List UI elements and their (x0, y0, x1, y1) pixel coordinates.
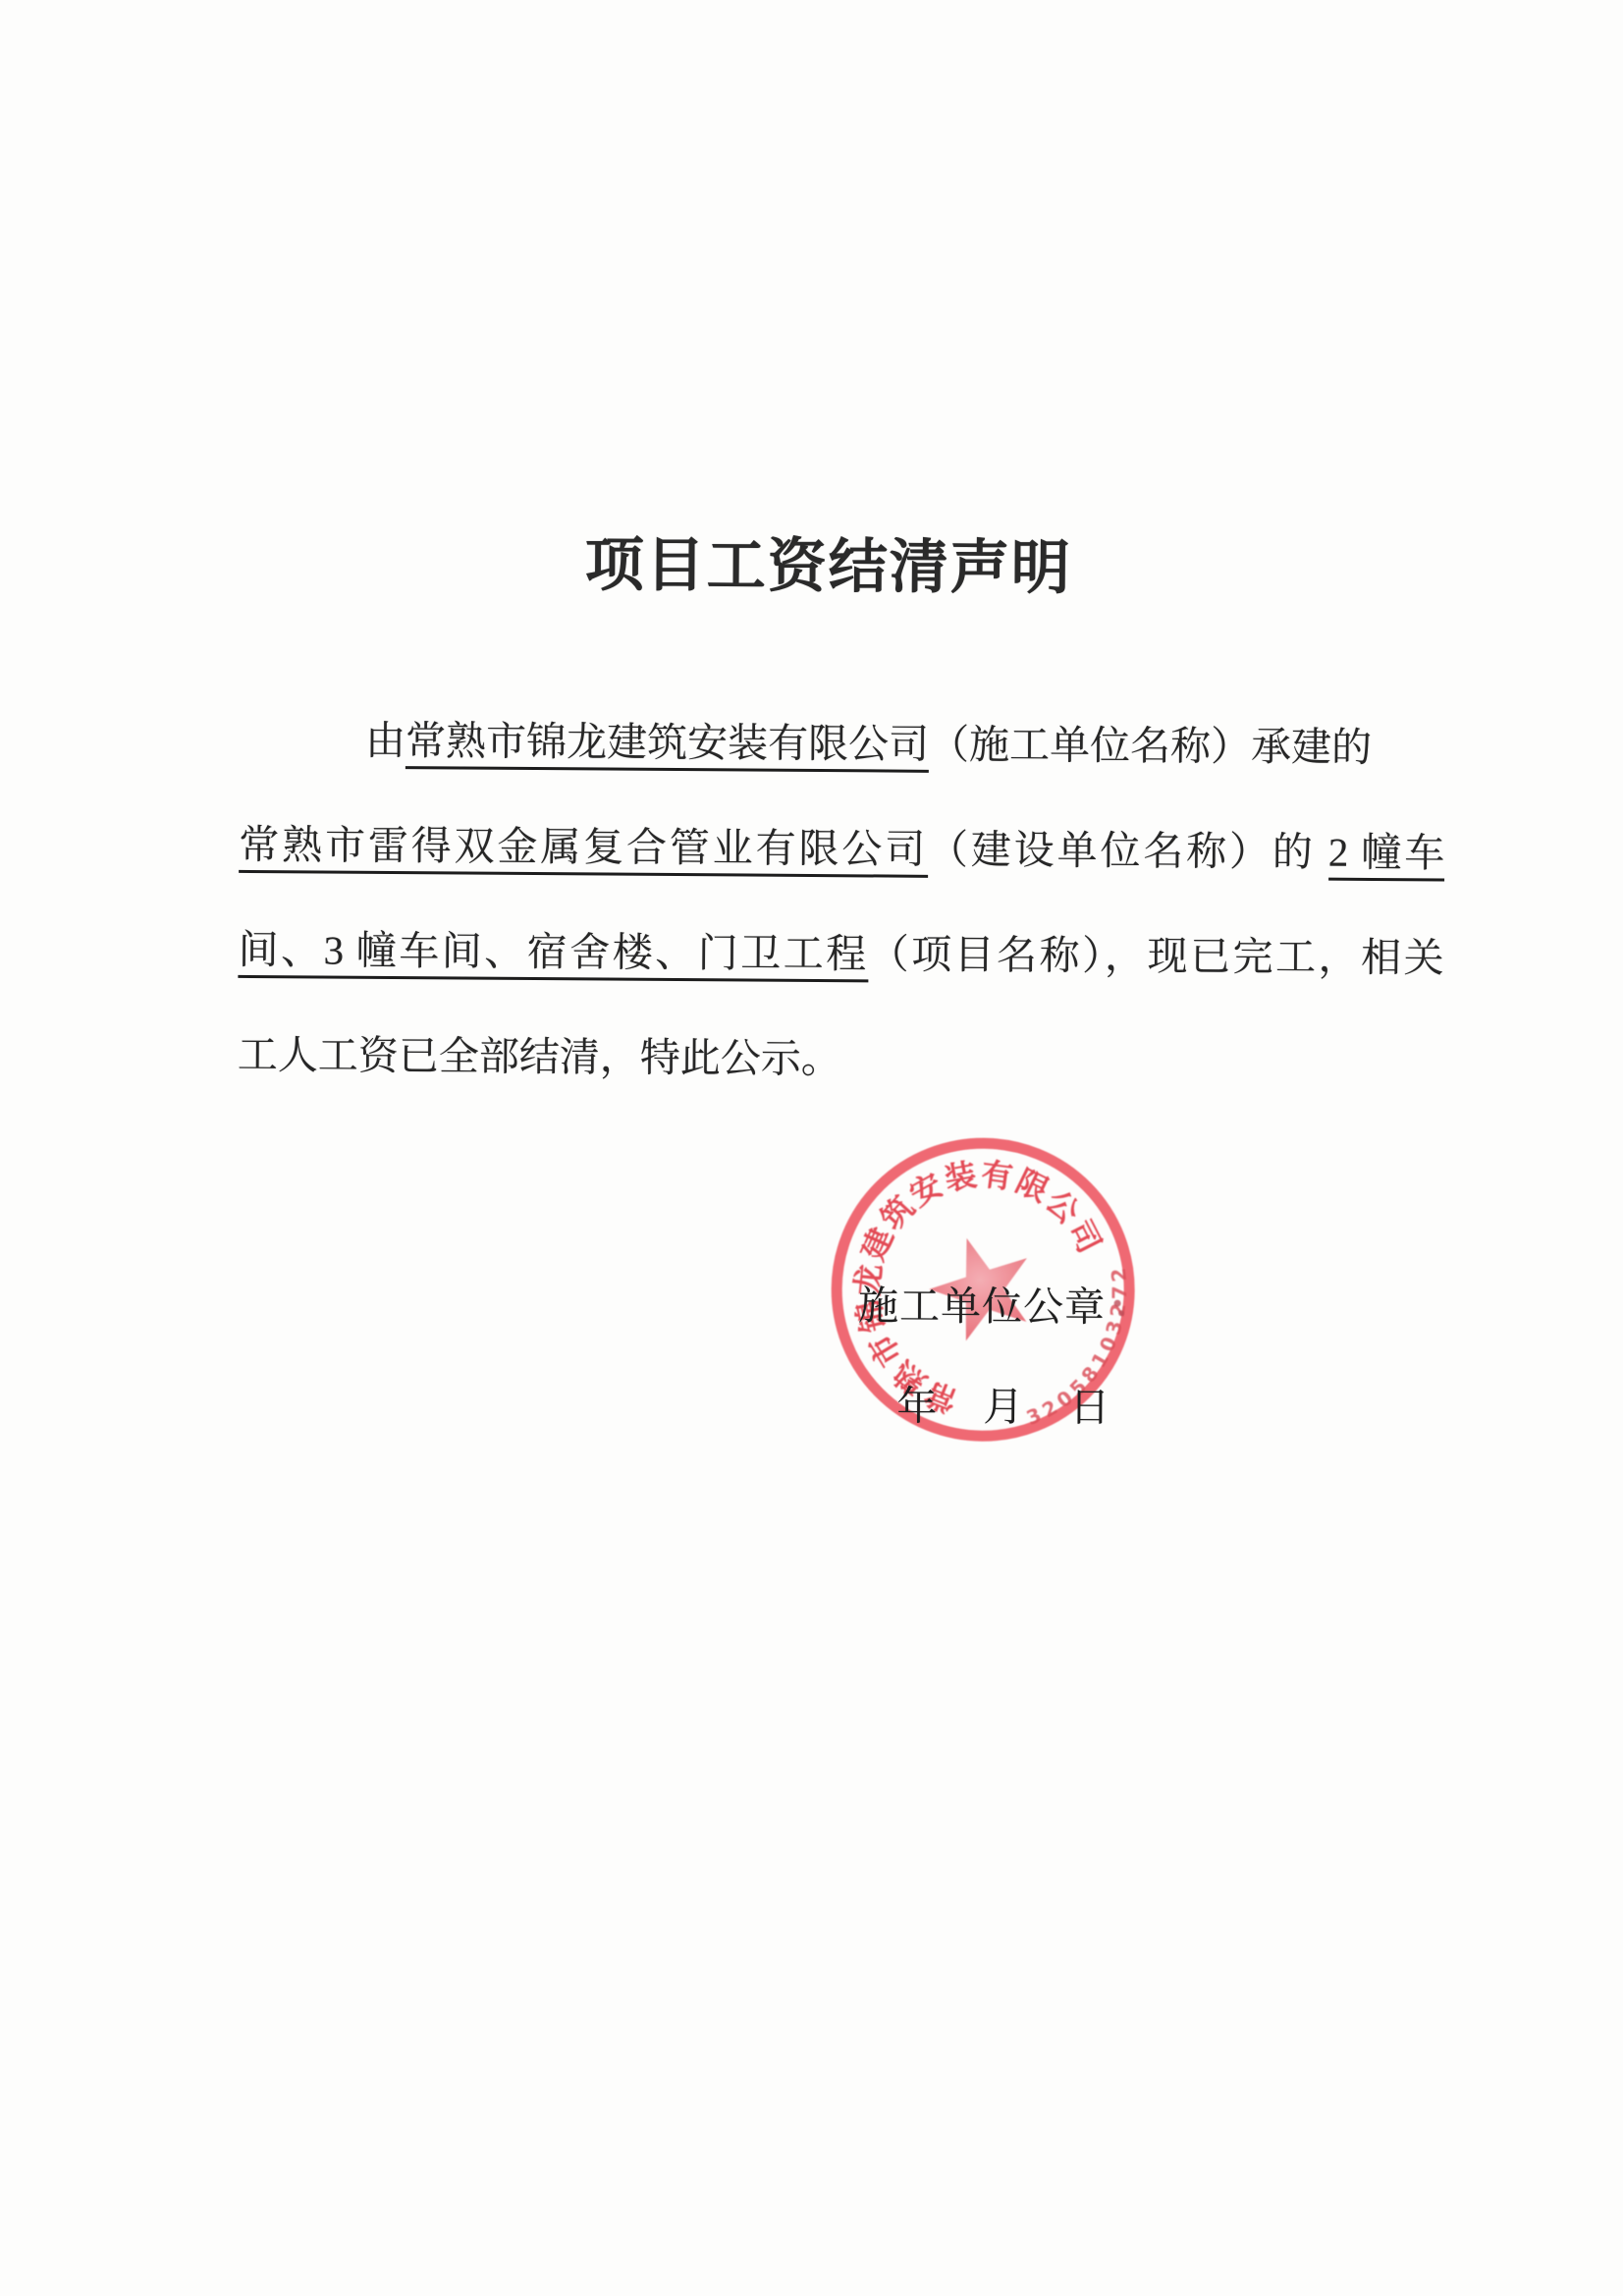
body-line-4: 工人工资已全部结清，特此公示。 (237, 1003, 1443, 1117)
line1-lead: 由 (365, 718, 406, 763)
day-label: 日 (1069, 1375, 1109, 1433)
project-name-underlined-start: 2 幢车 (1328, 830, 1445, 882)
date-row: 年 月 日 (896, 1374, 1109, 1434)
line4-text: 工人工资已全部结清，特此公示。 (238, 1032, 841, 1081)
body-line-1: 由常熟市锦龙建筑安装有限公司（施工单位名称）承建的 (240, 687, 1446, 801)
month-label: 月 (983, 1374, 1023, 1432)
document-sheet: 项目工资结清声明 由常熟市锦龙建筑安装有限公司（施工单位名称）承建的 常熟市雷得… (0, 0, 1623, 2296)
seal-smudge-dot (1114, 1300, 1121, 1307)
scanned-document-page: 项目工资结清声明 由常熟市锦龙建筑安装有限公司（施工单位名称）承建的 常熟市雷得… (0, 0, 1623, 2296)
line3-tail: （项目名称），现已完工，相关 (869, 931, 1444, 980)
owner-name-underlined: 常熟市雷得双金属复合管业有限公司 (239, 822, 928, 878)
contractor-name-underlined: 常熟市锦龙建筑安装有限公司 (406, 718, 929, 773)
seal-smudge-dot (1118, 1310, 1124, 1316)
line1-tail: （施工单位名称）承建的 (929, 722, 1372, 770)
body-paragraph: 由常熟市锦龙建筑安装有限公司（施工单位名称）承建的 常熟市雷得双金属复合管业有限… (237, 687, 1445, 1117)
line2-mid: （建设单位名称）的 (928, 827, 1328, 875)
project-name-underlined-end: 间、3 幢车间、宿舍楼、门卫工程 (238, 927, 868, 982)
page-title: 项目工资结清声明 (227, 526, 1430, 608)
body-line-2: 常熟市雷得双金属复合管业有限公司（建设单位名称）的 2 幢车 (239, 793, 1445, 906)
stamp-label: 施工单位公章 (858, 1273, 1106, 1333)
year-label: 年 (896, 1374, 937, 1432)
body-line-3: 间、3 幢车间、宿舍楼、门卫工程（项目名称），现已完工，相关 (238, 898, 1444, 1011)
